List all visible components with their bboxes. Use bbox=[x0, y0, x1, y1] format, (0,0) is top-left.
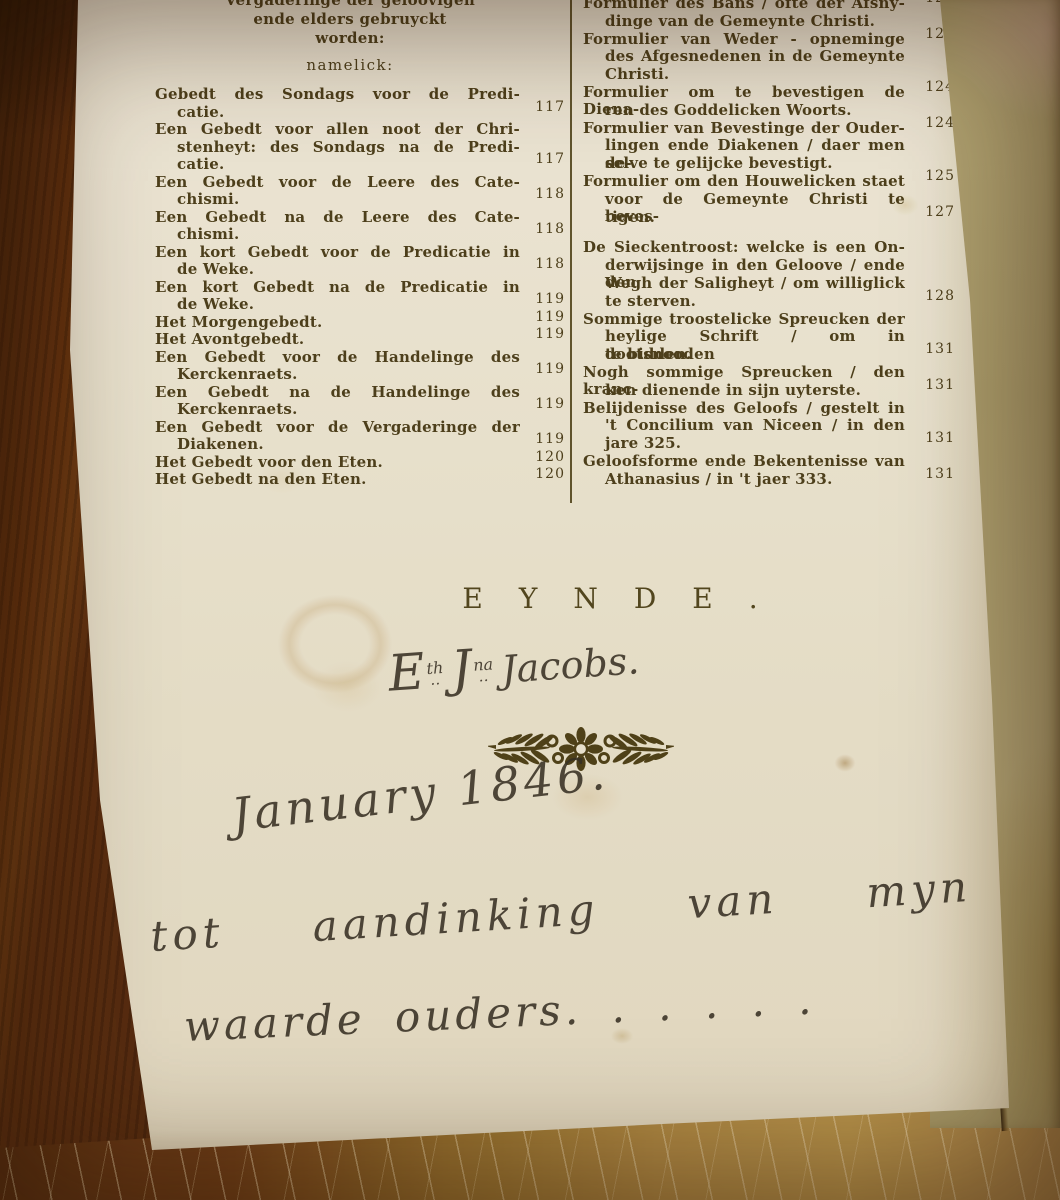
toc-entry-text: Diakenen. bbox=[177, 435, 264, 453]
toc-page-number: 118 bbox=[535, 186, 565, 203]
toc-entry-text: Het Gebedt na den Eten. bbox=[155, 470, 367, 488]
toc-line: Diakenen.119 bbox=[155, 436, 565, 454]
toc-entry-text: ren des Goddelicken Woorts. bbox=[605, 101, 852, 119]
toc-line: catie.117 bbox=[155, 104, 565, 122]
toc-page-number: 119 bbox=[535, 396, 565, 413]
toc-heading-line: Vergaderinge der geloovigen bbox=[150, 0, 550, 10]
toc-entry-text: Christi. bbox=[605, 65, 669, 83]
eynde-end-title: EYNDE. bbox=[360, 582, 860, 615]
toc-line: catie.117 bbox=[155, 156, 565, 174]
signature-surname: Jacobs. bbox=[500, 638, 641, 692]
toc-page-number: 125 bbox=[925, 168, 955, 185]
signature-superscript: na‥ bbox=[473, 656, 494, 681]
toc-line: Een Gebedt na de Handelinge des bbox=[155, 384, 565, 402]
toc-entry-text: Kerckenraets. bbox=[177, 365, 298, 383]
toc-entry-text: Een kort Gebedt voor de Predicatie in bbox=[155, 243, 520, 261]
toc-entry-text: Het Gebedt voor den Eten. bbox=[155, 453, 383, 471]
stain-blob bbox=[300, 652, 395, 722]
toc-entry-text: Een Gebedt voor de Handelinge des bbox=[155, 348, 520, 366]
toc-entry-text: Athanasius / in 't jaer 333. bbox=[605, 470, 833, 488]
toc-entry-text: catie. bbox=[177, 155, 224, 173]
toc-entry-text: Belijdenisse des Geloofs / gestelt in bbox=[583, 399, 905, 417]
toc-section-heading: Vergaderinge der geloovigen ende elders … bbox=[150, 0, 550, 48]
toc-line: Een Gebedt voor de Handelinge des bbox=[155, 349, 565, 367]
toc-line: Formulier om te bevestigen de Diena-124 bbox=[583, 84, 955, 102]
toc-page-number: 127 bbox=[925, 204, 955, 221]
toc-entry-text: de Weke. bbox=[177, 260, 254, 278]
toc-line: Een kort Gebedt na de Predicatie in bbox=[155, 279, 565, 297]
toc-page-number: 131 bbox=[925, 341, 955, 358]
toc-page-number: 131 bbox=[925, 466, 955, 483]
toc-page-number: 124 bbox=[925, 115, 955, 132]
toc-line: Wegh der Saligheyt / om williglick bbox=[583, 275, 955, 293]
toc-entry-text: ken dienende in sijn uyterste. bbox=[605, 381, 861, 399]
toc-entry-text: jare 325. bbox=[605, 434, 681, 452]
handwritten-dedication-line1: tot aandinking van myn bbox=[149, 862, 973, 961]
toc-entry-text: Het Morgengebedt. bbox=[155, 313, 322, 331]
toc-entry-text: 't Concilium van Niceen / in den bbox=[605, 416, 905, 434]
toc-line: te sterven.128 bbox=[583, 293, 955, 311]
signature-superscript: th‥ bbox=[426, 660, 444, 685]
toc-page-number: 119 bbox=[535, 361, 565, 378]
toc-entry-text: Een Gebedt voor de Leere des Cate- bbox=[155, 173, 520, 191]
toc-line: Athanasius / in 't jaer 333.131 bbox=[583, 471, 955, 489]
toc-line: Gebedt des Sondags voor de Predi- bbox=[155, 86, 565, 104]
toc-page-number: 118 bbox=[535, 221, 565, 238]
toc-line: lingen ende Diakenen / daer men de- bbox=[583, 137, 955, 155]
toc-line: ken dienende in sijn uyterste.131 bbox=[583, 382, 955, 400]
signature-initial: E bbox=[386, 642, 426, 702]
toc-line: Het Morgengebedt.119 bbox=[155, 314, 565, 332]
toc-line: Een kort Gebedt voor de Predicatie in bbox=[155, 244, 565, 262]
toc-entry-text: Een Gebedt voor de Vergaderinge der bbox=[155, 418, 520, 436]
handwritten-dedication-line2: waarde ouders. . . . . . bbox=[183, 974, 816, 1051]
toc-line: ren des Goddelicken Woorts. bbox=[583, 102, 955, 120]
toc-entry-text: Formulier van Bevestinge der Ouder- bbox=[583, 119, 905, 137]
toc-line: heylige Schrift / om in dootsnooden bbox=[583, 328, 955, 346]
column-divider-rule bbox=[570, 0, 572, 503]
toc-line: te bidden.131 bbox=[583, 346, 955, 364]
signature-initial: J bbox=[449, 639, 473, 698]
toc-page-number: 119 bbox=[535, 326, 565, 343]
toc-entry-text: stenheyt: des Sondags na de Predi- bbox=[177, 138, 520, 156]
toc-page-number: 118 bbox=[535, 256, 565, 273]
toc-line: Geloofsforme ende Bekentenisse van bbox=[583, 453, 955, 471]
toc-page-number: 117 bbox=[535, 151, 565, 168]
toc-line: Het Gebedt na den Eten.120 bbox=[155, 471, 565, 489]
toc-page-number: 119 bbox=[535, 309, 565, 326]
toc-line: Formulier van Weder - opneminge123 bbox=[583, 31, 955, 49]
toc-namelick-label: namelick: bbox=[150, 56, 550, 74]
toc-line: Een Gebedt na de Leere des Cate- bbox=[155, 209, 565, 227]
toc-entry-text: Sommige troostelicke Spreucken der bbox=[583, 310, 905, 328]
toc-entry-text: tigen. bbox=[605, 208, 655, 226]
book-page: Vergaderinge der geloovigen ende elders … bbox=[0, 0, 1060, 1200]
book-photo: Vergaderinge der geloovigen ende elders … bbox=[0, 0, 1060, 1200]
toc-entry-text: De Sieckentroost: welcke is een On- bbox=[583, 238, 905, 256]
toc-heading-line: ende elders gebruyckt bbox=[150, 10, 550, 29]
toc-page-number: 119 bbox=[535, 431, 565, 448]
toc-line: voor de Gemeynte Christi te beves- bbox=[583, 191, 955, 209]
toc-line: Belijdenisse des Geloofs / gestelt in bbox=[583, 400, 955, 418]
toc-line: stenheyt: des Sondags na de Predi- bbox=[155, 139, 565, 157]
toc-page-number: 131 bbox=[925, 377, 955, 394]
toc-line: Het Gebedt voor den Eten.120 bbox=[155, 454, 565, 472]
toc-entry-text: catie. bbox=[177, 103, 224, 121]
toc-line: Een Gebedt voor allen noot der Chri- bbox=[155, 121, 565, 139]
toc-entry-text: chismi. bbox=[177, 225, 239, 243]
toc-line: de Weke.119 bbox=[155, 296, 565, 314]
toc-line: jare 325.131 bbox=[583, 435, 955, 453]
toc-line: Christi. bbox=[583, 66, 955, 84]
toc-entry-text: chismi. bbox=[177, 190, 239, 208]
toc-entry-text: Een Gebedt na de Handelinge des bbox=[155, 383, 520, 401]
toc-page-number: 131 bbox=[925, 430, 955, 447]
toc-line: chismi.118 bbox=[155, 226, 565, 244]
toc-entry-text: Kerckenraets. bbox=[177, 400, 298, 418]
toc-line: Formulier van Bevestinge der Ouder-124 bbox=[583, 120, 955, 138]
toc-right-column: Formulier des Bans / ofte der Afsny-121d… bbox=[583, 0, 955, 489]
toc-entry-text: Een Gebedt voor allen noot der Chri- bbox=[155, 120, 520, 138]
toc-line: des Afgesnedenen in de Gemeynte bbox=[583, 48, 955, 66]
toc-entry-text: Gebedt des Sondags voor de Predi- bbox=[155, 85, 520, 103]
toc-entry-text: Geloofsforme ende Bekentenisse van bbox=[583, 452, 905, 470]
toc-line: De Sieckentroost: welcke is een On- bbox=[583, 239, 955, 257]
toc-page-number: 119 bbox=[535, 291, 565, 308]
toc-line: Sommige troostelicke Spreucken der bbox=[583, 311, 955, 329]
handwritten-signature: Eth‥Jna‥Jacobs. bbox=[386, 627, 641, 702]
toc-line: chismi.118 bbox=[155, 191, 565, 209]
toc-entry-text: Wegh der Saligheyt / om williglick bbox=[605, 274, 905, 292]
toc-line: Kerckenraets.119 bbox=[155, 401, 565, 419]
toc-line: dinge van de Gemeynte Christi. bbox=[583, 13, 955, 31]
toc-entry-text: Een Gebedt na de Leere des Cate- bbox=[155, 208, 520, 226]
toc-line: de Weke.118 bbox=[155, 261, 565, 279]
toc-page-number: 120 bbox=[535, 449, 565, 466]
toc-line: Een Gebedt voor de Leere des Cate- bbox=[155, 174, 565, 192]
toc-entry-text: Het Avontgebedt. bbox=[155, 330, 304, 348]
toc-line: Formulier om den Houwelicken staet125 bbox=[583, 173, 955, 191]
toc-entry-text: Formulier om den Houwelicken staet bbox=[583, 172, 905, 190]
toc-line: Nogh sommige Spreucken / den kranc- bbox=[583, 364, 955, 382]
toc-line: 't Concilium van Niceen / in den bbox=[583, 417, 955, 435]
toc-line: tigen.127 bbox=[583, 209, 955, 227]
handwritten-date: January 1846. bbox=[229, 745, 612, 842]
toc-entry-text: selve te gelijcke bevestigt. bbox=[605, 154, 833, 172]
toc-entry-text: dinge van de Gemeynte Christi. bbox=[605, 12, 875, 30]
toc-page-number: 128 bbox=[925, 288, 955, 305]
toc-left-column: Gebedt des Sondags voor de Predi-catie.1… bbox=[155, 86, 565, 489]
toc-entry-text: de Weke. bbox=[177, 295, 254, 313]
toc-line: Kerckenraets.119 bbox=[155, 366, 565, 384]
toc-entry-text: te bidden. bbox=[605, 345, 692, 363]
toc-entry-text: te sterven. bbox=[605, 292, 696, 310]
toc-line: derwijsinge in den Geloove / ende den bbox=[583, 257, 955, 275]
stain-spot bbox=[832, 752, 858, 774]
toc-entry-text: Formulier van Weder - opneminge bbox=[583, 30, 905, 48]
toc-page-number: 120 bbox=[535, 466, 565, 483]
toc-line: Het Avontgebedt.119 bbox=[155, 331, 565, 349]
toc-entry-text: Formulier des Bans / ofte der Afsny- bbox=[583, 0, 905, 12]
toc-line: Een Gebedt voor de Vergaderinge der bbox=[155, 419, 565, 437]
toc-entry-text: Een kort Gebedt na de Predicatie in bbox=[155, 278, 520, 296]
toc-heading-line: worden: bbox=[150, 29, 550, 48]
toc-page-number: 117 bbox=[535, 99, 565, 116]
toc-entry-text: des Afgesnedenen in de Gemeynte bbox=[605, 47, 905, 65]
toc-line: selve te gelijcke bevestigt. bbox=[583, 155, 955, 173]
